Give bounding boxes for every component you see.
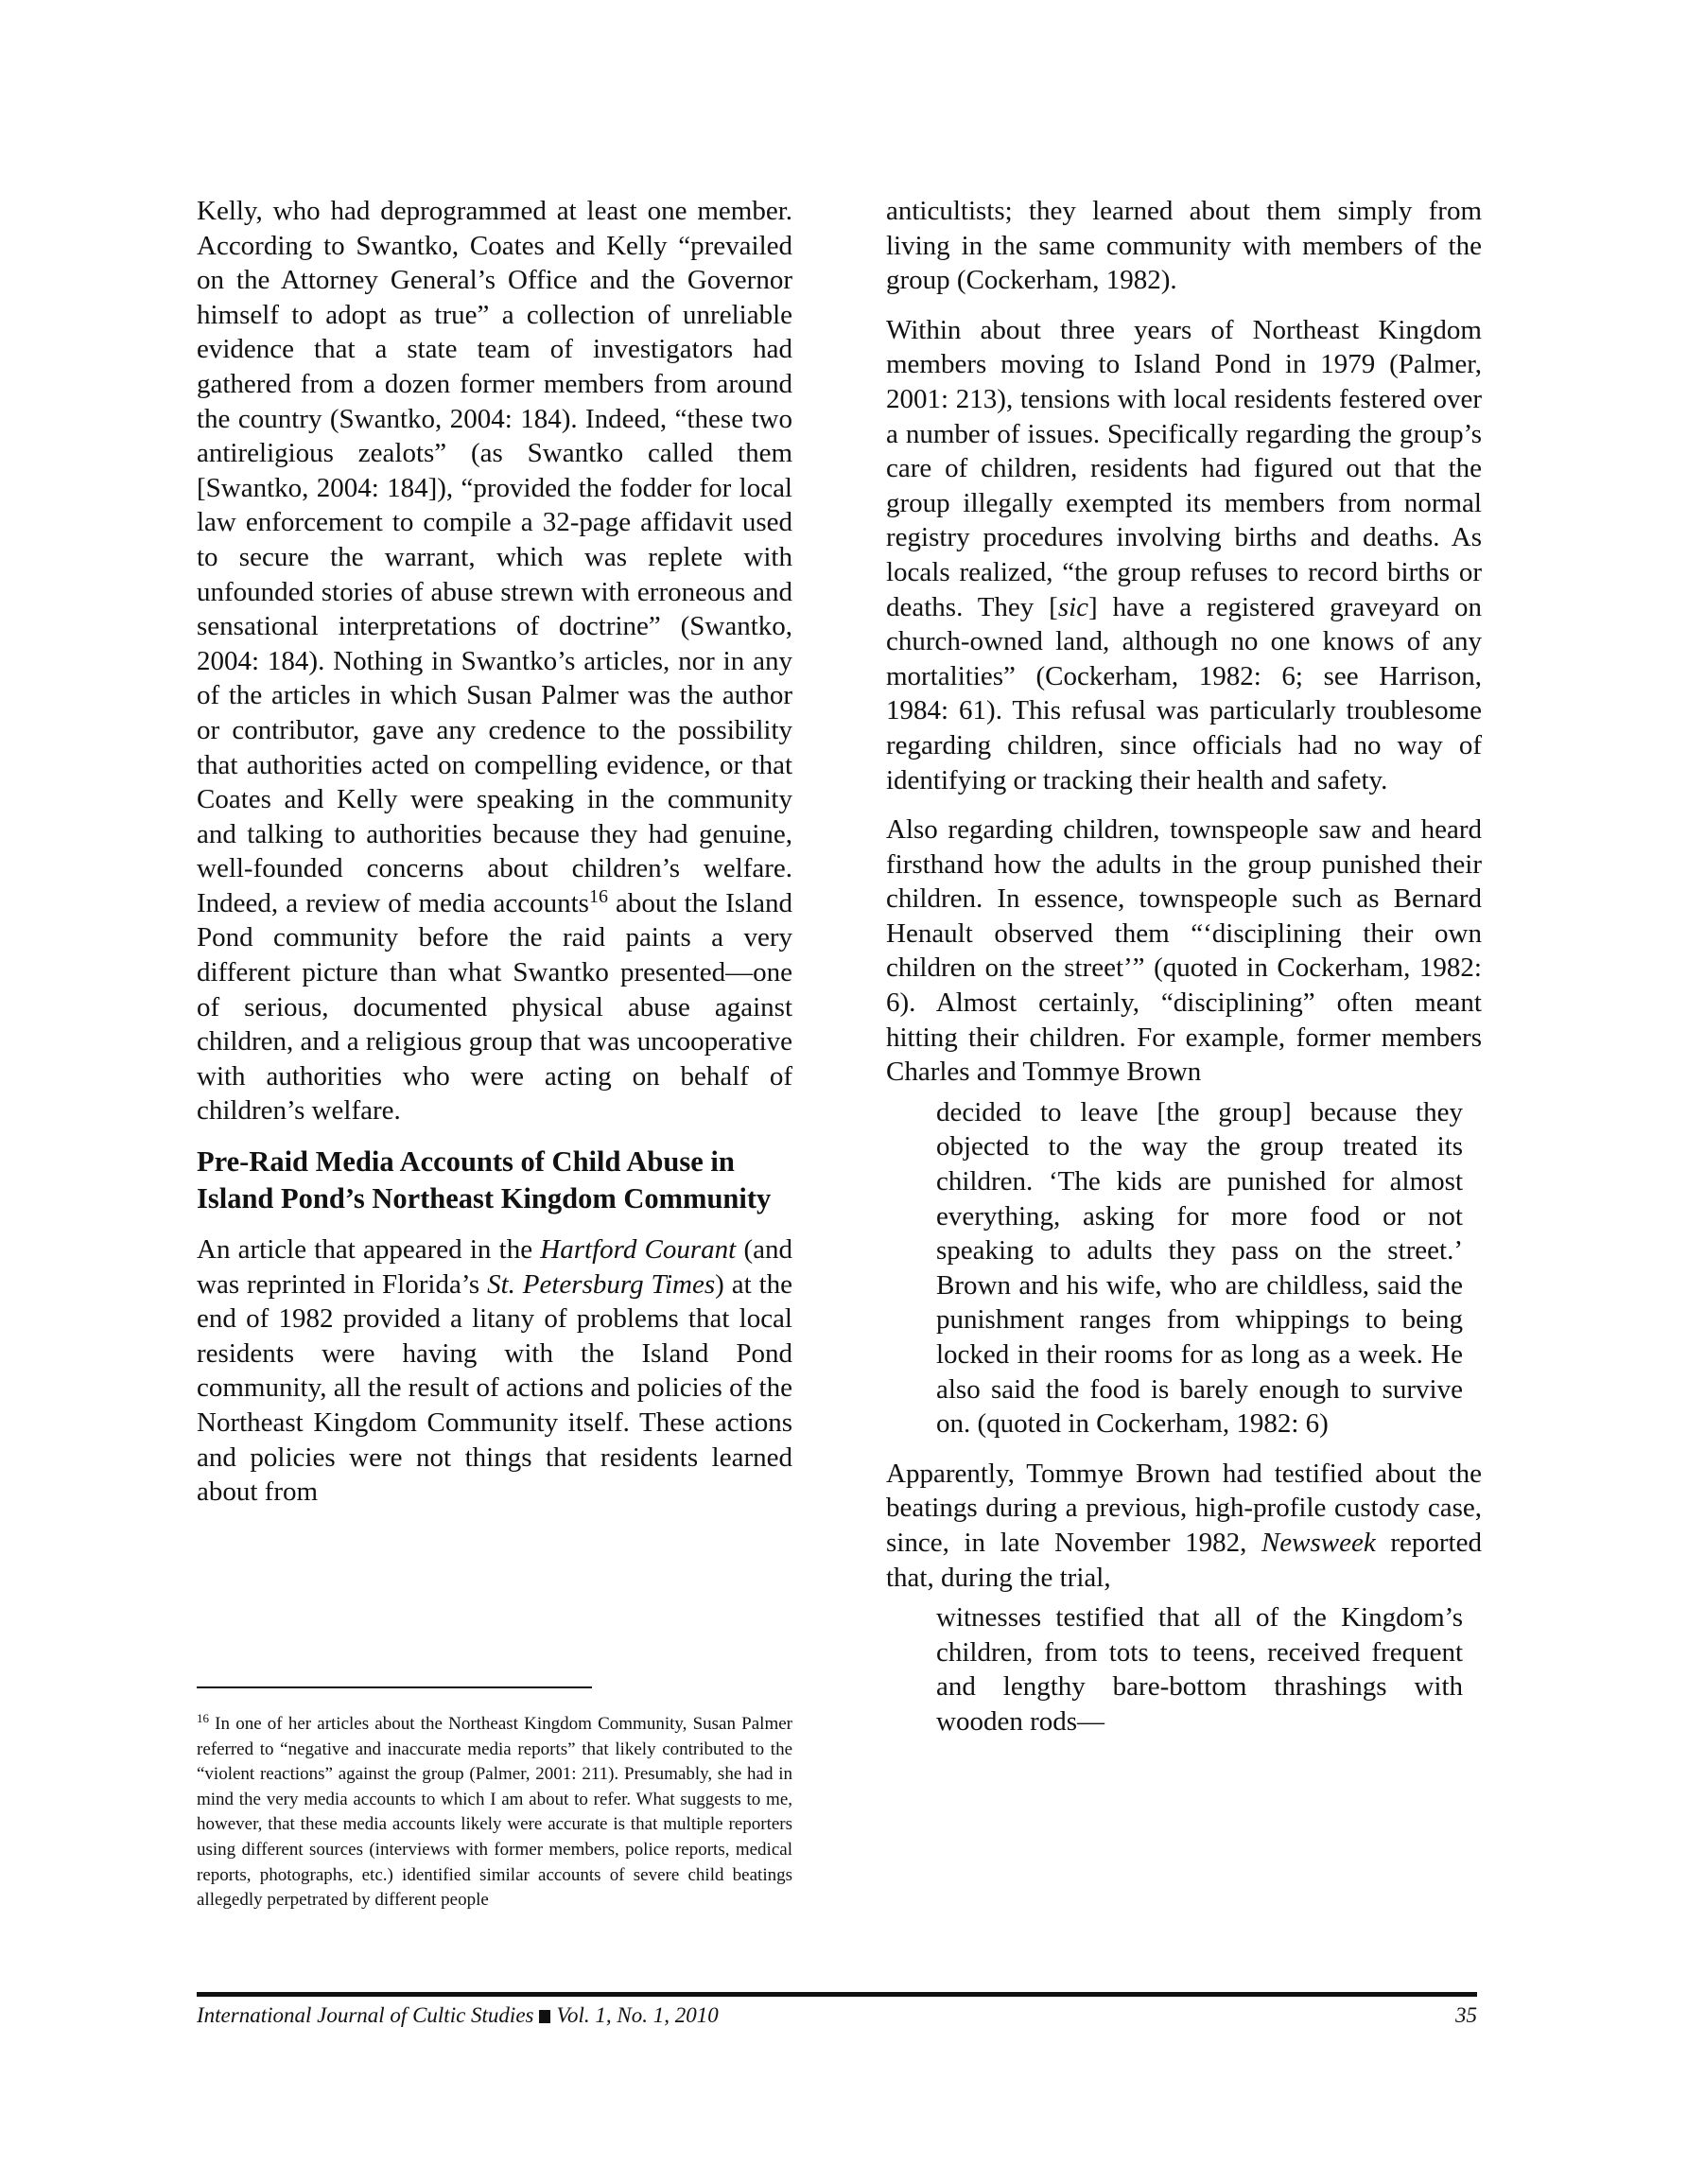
body-paragraph: Within about three years of Northeast Ki… [886, 313, 1482, 797]
paragraph-text: ) at the end of 1982 provided a litany o… [197, 1269, 792, 1508]
footnote-number: 16 [197, 1711, 209, 1725]
paragraph-text: Within about three years of Northeast Ki… [886, 315, 1482, 622]
publication-title: Hartford Courant [540, 1234, 736, 1265]
right-column: anticultists; they learned about them si… [886, 194, 1482, 1755]
body-paragraph: Apparently, Tommye Brown had testified a… [886, 1457, 1482, 1595]
paragraph-text: An article that appeared in the [197, 1234, 540, 1265]
footnote-reference[interactable]: 16 [589, 886, 608, 907]
page-footer: International Journal of Cultic StudiesV… [197, 2003, 1477, 2028]
publication-title: Newsweek [1261, 1528, 1376, 1558]
left-column: Kelly, who had deprogrammed at least one… [197, 194, 792, 1525]
publication-title: St. Petersburg Times [487, 1269, 715, 1300]
footer-rule [197, 1992, 1477, 1997]
volume-info: Vol. 1, No. 1, 2010 [556, 2003, 718, 2027]
footnote-text: In one of her articles about the Northea… [197, 1714, 792, 1910]
page-number: 35 [1455, 2003, 1477, 2028]
footnote: 16 In one of her articles about the Nort… [197, 1712, 792, 1913]
square-bullet-icon [539, 2010, 550, 2023]
document-page: Kelly, who had deprogrammed at least one… [0, 0, 1687, 2184]
block-quote: decided to leave [the group] because the… [936, 1095, 1463, 1441]
paragraph-text: Kelly, who had deprogrammed at least one… [197, 196, 792, 918]
footnote-separator [197, 1686, 592, 1688]
block-quote: witnesses testified that all of the King… [936, 1600, 1463, 1738]
sic-marker: sic [1058, 592, 1088, 622]
body-paragraph: Also regarding children, townspeople saw… [886, 812, 1482, 1090]
body-paragraph: Kelly, who had deprogrammed at least one… [197, 194, 792, 1128]
paragraph-text: about the Island Pond community before t… [197, 888, 792, 1127]
section-heading: Pre-Raid Media Accounts of Child Abuse i… [197, 1144, 792, 1217]
body-paragraph: anticultists; they learned about them si… [886, 194, 1482, 298]
journal-name: International Journal of Cultic Studies [197, 2003, 533, 2027]
body-paragraph: An article that appeared in the Hartford… [197, 1232, 792, 1510]
footer-citation: International Journal of Cultic StudiesV… [197, 2003, 719, 2028]
